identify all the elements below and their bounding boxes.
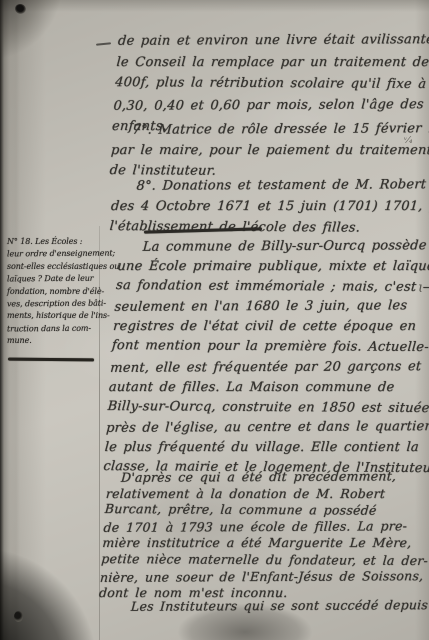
text-line: une École primaire publique, mixte et la…	[117, 257, 429, 277]
text-line: ves, description des bâti-	[7, 298, 104, 311]
text-line: Les Instituteurs qui se sont succédé dep…	[130, 596, 421, 615]
text-line: La commune de Billy-sur-Ourcq possède —	[142, 236, 429, 258]
text-line: 7°. Matrice de rôle dressée le 15 févrie…	[132, 118, 423, 141]
stray-ink-mark: ᵛ⁄₄	[404, 136, 412, 146]
paragraph-ecole-de-filles-history: D'après ce qui a été dit précédemment,re…	[98, 469, 429, 602]
text-line: mune.	[7, 335, 104, 347]
paragraph-lead-dash	[96, 42, 111, 45]
text-line: fondation, nombre d'élè-	[7, 286, 104, 298]
paragraph-instituteurs-intro: Les Instituteurs qui se sont succédé dep…	[130, 597, 421, 614]
text-line: des 4 Octobre 1671 et 15 juin (1701) 170…	[110, 196, 423, 217]
margin-note-rule	[8, 358, 94, 361]
paragraph-item-8-donations: 8°. Donations et testament de M. Robert …	[109, 175, 425, 239]
text-line: registres de l'état civil de cette époqu…	[112, 317, 425, 337]
text-line: sa fondation est immémoriale ; mais, c'e…	[115, 276, 428, 298]
text-line: sont-elles ecclésiastiques ou	[7, 261, 104, 273]
text-line: Billy-sur-Ourcq, construite en 1850 est …	[107, 397, 420, 419]
text-line: D'après ce qui a été dit précédemment,	[120, 468, 429, 486]
paragraph-item-7-matrice-de-role: 7°. Matrice de rôle dressée le 15 févrie…	[109, 119, 423, 183]
stray-ink-mark: ɩ	[418, 280, 424, 296]
text-line: autant de filles. La Maison commune de	[108, 378, 421, 398]
text-line: 0,30, 0,40 et 0,60 par mois, selon l'âge…	[113, 94, 421, 117]
punch-hole	[14, 611, 23, 622]
text-line: relativement à la donation de M. Robert	[105, 486, 428, 503]
text-line: 400f, plus la rétribution scolaire qu'il…	[114, 72, 422, 95]
text-line: truction dans la com-	[7, 322, 104, 335]
text-line: 8°. Donations et testament de M. Robert …	[136, 174, 425, 197]
text-line: ments, historique de l'ins-	[7, 310, 104, 322]
text-line: mière institutrice a été Marguerite Le M…	[102, 535, 425, 552]
text-line: le Conseil la remplace par un traitement…	[116, 52, 424, 74]
scanned-manuscript-page: de pain et environ une livre était avili…	[0, 0, 429, 640]
text-line: laïques ? Date de leur	[7, 273, 104, 286]
margin-note-question-18: N° 18. Les Écoles :leur ordre d'enseigne…	[7, 236, 104, 348]
text-line: nière, une soeur de l'Enfant-Jésus de So…	[100, 568, 423, 586]
text-line: petite nièce maternelle du fondateur, et…	[101, 551, 424, 570]
text-line: font mention pour la première fois. Actu…	[111, 337, 424, 359]
text-line: leur ordre d'enseignement;	[7, 248, 104, 261]
text-line: le plus fréquenté du village. Elle conti…	[104, 438, 417, 458]
text-line: seulement en l'an 1680 le 3 juin, que le…	[114, 296, 427, 318]
text-line: Burcant, prêtre, la commune a possédé	[104, 501, 427, 520]
text-line: par le maire, pour le paiement du traite…	[110, 140, 421, 161]
ink-spot	[14, 3, 27, 16]
text-line: N° 18. Les Écoles :	[7, 236, 104, 248]
text-line: de pain et environ une livre était avili…	[117, 29, 425, 52]
text-line: ment, elle est fréquentée par 20 garçons…	[110, 357, 423, 379]
text-line: près de l'église, au centre et dans le q…	[105, 417, 418, 439]
paragraph-ecole-description: La commune de Billy-sur-Ourcq possède —u…	[103, 237, 429, 478]
text-line: de 1701 à 1793 une école de filles. La p…	[103, 518, 426, 536]
